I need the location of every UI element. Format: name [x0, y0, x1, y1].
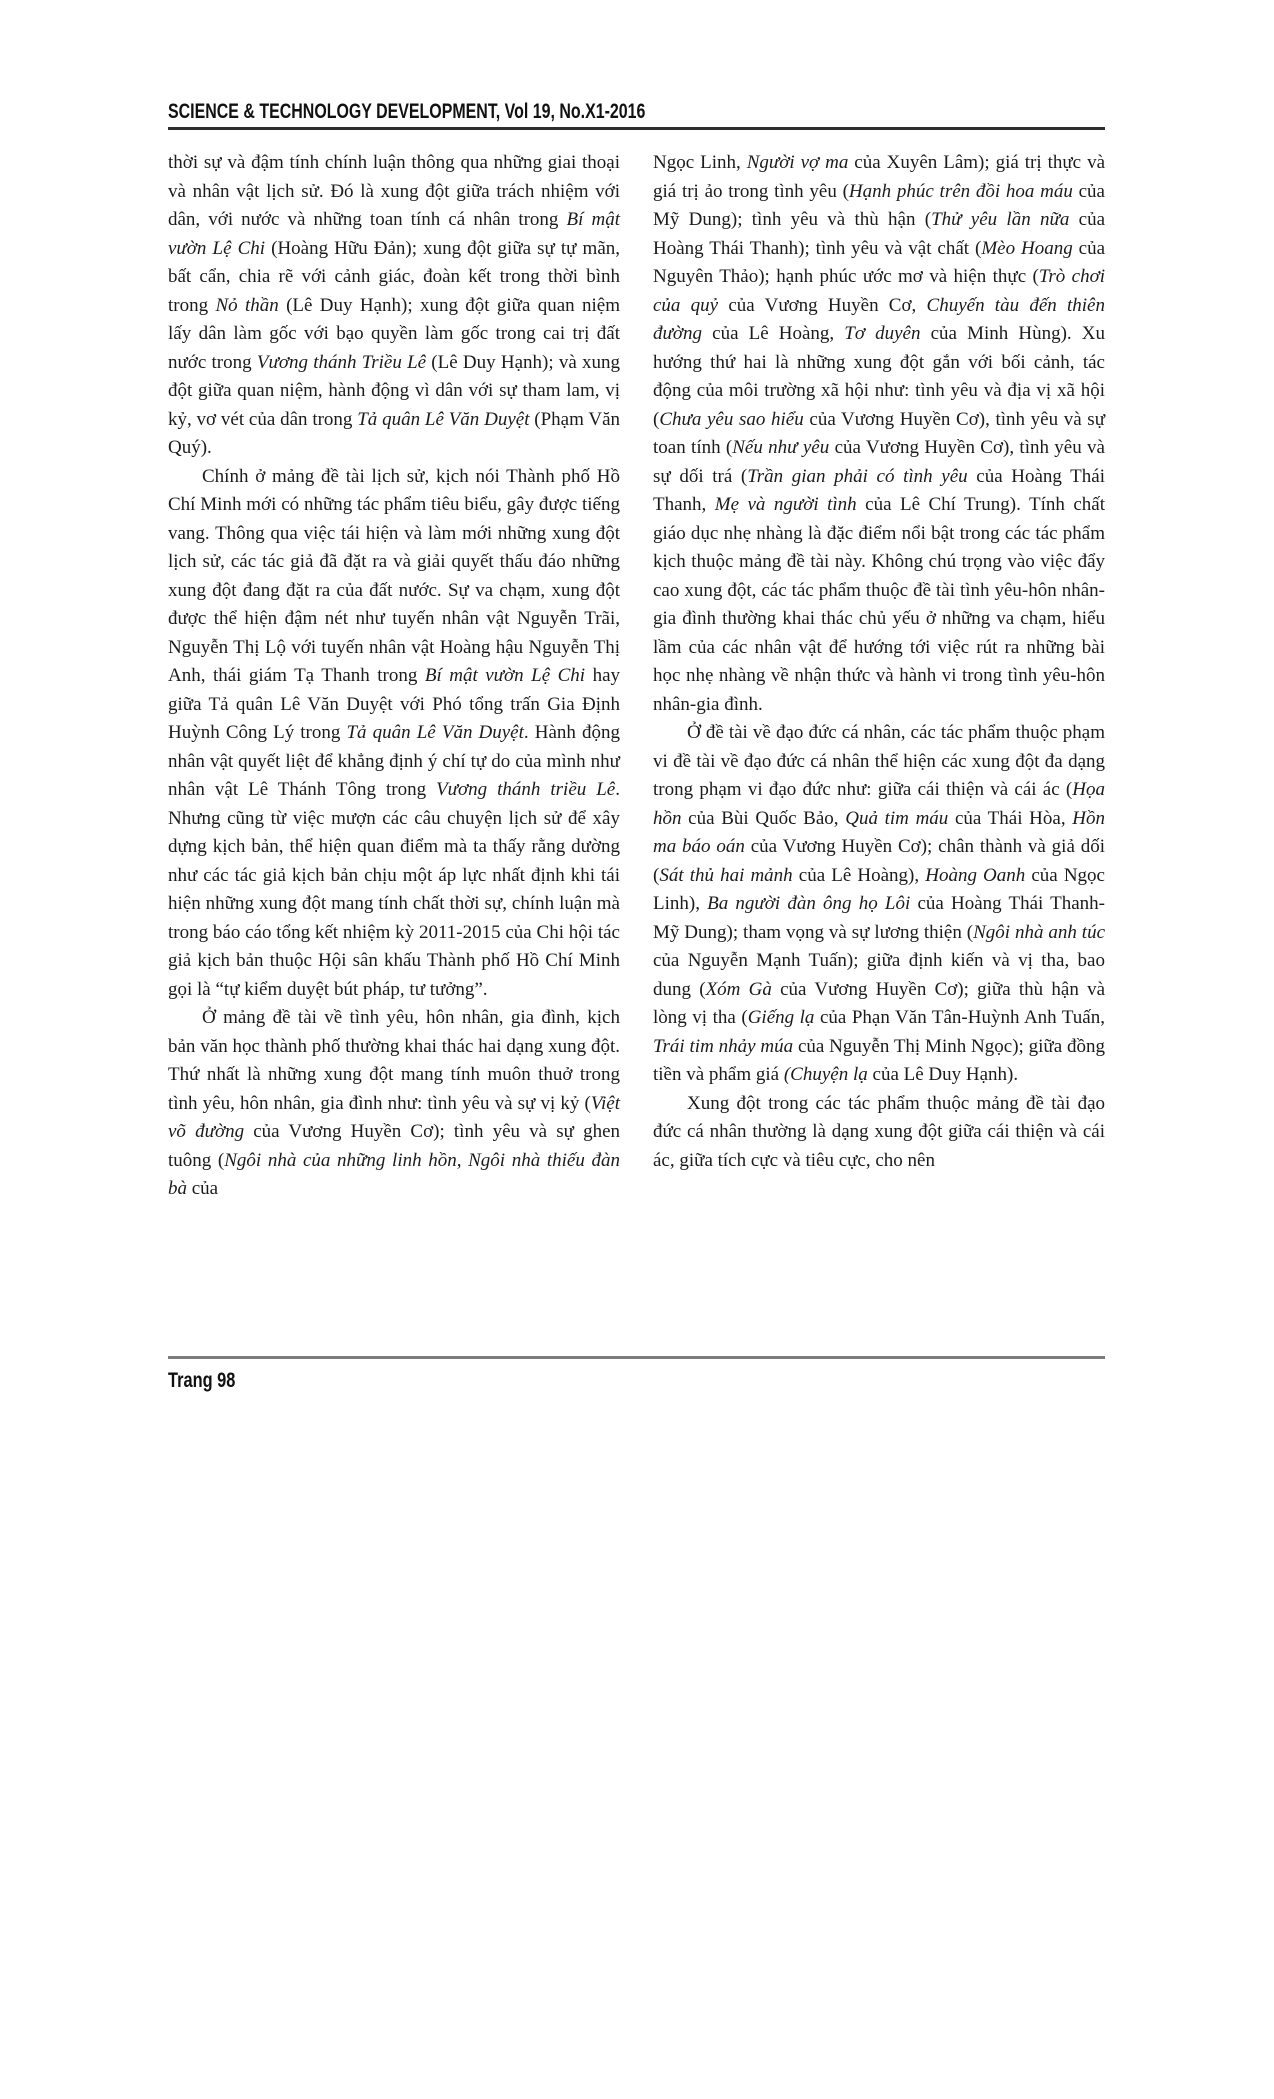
- body-text: của: [187, 1178, 218, 1199]
- body-text: . Nhưng cũng từ việc mượn các câu chuyện…: [168, 779, 620, 1000]
- work-title-italic: Sát thủ hai mảnh: [659, 865, 792, 886]
- body-text: Chính ở mảng đề tài lịch sử, kịch nói Th…: [168, 466, 620, 687]
- work-title-italic: Mèo Hoang: [981, 238, 1072, 259]
- work-title-italic: Chưa yêu sao hiểu: [659, 409, 803, 430]
- work-title-italic: Hạnh phúc trên đồi hoa máu: [849, 181, 1073, 202]
- body-text: Ở mảng đề tài về tình yêu, hôn nhân, gia…: [168, 1007, 620, 1114]
- work-title-italic: Người vợ ma: [747, 152, 849, 173]
- work-title-italic: Mẹ và người tình: [715, 494, 857, 515]
- page-number: Trang 98: [168, 1369, 235, 1393]
- paragraph: Ở mảng đề tài về tình yêu, hôn nhân, gia…: [168, 1004, 620, 1204]
- article-body: thời sự và đậm tính chính luận thông qua…: [168, 149, 1105, 1204]
- work-title-italic: (Chuyện lạ: [784, 1064, 868, 1085]
- body-text: của Lê Hoàng,: [702, 323, 844, 344]
- paragraph: Ngọc Linh, Người vợ ma của Xuyên Lâm); g…: [653, 149, 1105, 719]
- work-title-italic: Xóm Gà: [706, 979, 772, 1000]
- paragraph: Chính ở mảng đề tài lịch sử, kịch nói Th…: [168, 463, 620, 1005]
- work-title-italic: Giếng lạ: [748, 1007, 815, 1028]
- journal-page: SCIENCE & TECHNOLOGY DEVELOPMENT, Vol 19…: [0, 0, 1274, 2099]
- work-title-italic: Hoàng Oanh: [925, 865, 1025, 886]
- work-title-italic: Nếu như yêu: [732, 437, 829, 458]
- work-title-italic: Vương thánh triều Lê: [436, 779, 615, 800]
- work-title-italic: Thử yêu lần nữa: [931, 209, 1069, 230]
- paragraph: thời sự và đậm tính chính luận thông qua…: [168, 149, 620, 463]
- work-title-italic: Ngôi nhà anh túc: [973, 922, 1105, 943]
- work-title-italic: Tơ duyên: [844, 323, 920, 344]
- work-title-italic: Trái tim nhảy múa: [653, 1036, 793, 1057]
- body-text: Xung đột trong các tác phẩm thuộc mảng đ…: [653, 1093, 1105, 1171]
- work-title-italic: Bí mật vườn Lệ Chi: [425, 665, 585, 686]
- body-text: của Vương Huyền Cơ,: [718, 295, 926, 316]
- work-title-italic: Ba người đàn ông họ Lôi: [707, 893, 910, 914]
- column-left: thời sự và đậm tính chính luận thông qua…: [168, 149, 620, 1204]
- work-title-italic: Vương thánh Triều Lê: [257, 352, 426, 373]
- body-text: của Lê Hoàng),: [793, 865, 926, 886]
- column-right: Ngọc Linh, Người vợ ma của Xuyên Lâm); g…: [653, 149, 1105, 1204]
- work-title-italic: Tả quân Lê Văn Duyệt: [346, 722, 523, 743]
- work-title-italic: Trần gian phải có tình yêu: [747, 466, 967, 487]
- body-text: của Bùi Quốc Bảo,: [682, 808, 846, 829]
- footer-rule: [168, 1356, 1105, 1359]
- paragraph: Ở đề tài về đạo đức cá nhân, các tác phẩ…: [653, 719, 1105, 1090]
- body-text: của Phạn Văn Tân-Huỳnh Anh Tuấn,: [814, 1007, 1105, 1028]
- body-text: của Lê Chí Trung). Tính chất giáo dục nh…: [653, 494, 1105, 715]
- paragraph: Xung đột trong các tác phẩm thuộc mảng đ…: [653, 1090, 1105, 1176]
- body-text: thời sự và đậm tính chính luận thông qua…: [168, 152, 620, 230]
- header-rule: [168, 127, 1105, 130]
- work-title-italic: Ngôi nhà của những linh hồn, Ngôi nhà th…: [168, 1150, 620, 1200]
- work-title-italic: Quả tim máu: [845, 808, 948, 829]
- journal-header-title: SCIENCE & TECHNOLOGY DEVELOPMENT, Vol 19…: [168, 101, 645, 122]
- work-title-italic: Nỏ thần: [215, 295, 278, 316]
- body-text: của Thái Hòa,: [948, 808, 1072, 829]
- work-title-italic: Tả quân Lê Văn Duyệt: [357, 409, 529, 430]
- body-text: của Lê Duy Hạnh).: [868, 1064, 1018, 1085]
- body-text: Ở đề tài về đạo đức cá nhân, các tác phẩ…: [653, 722, 1105, 800]
- body-text: Ngọc Linh,: [653, 152, 747, 173]
